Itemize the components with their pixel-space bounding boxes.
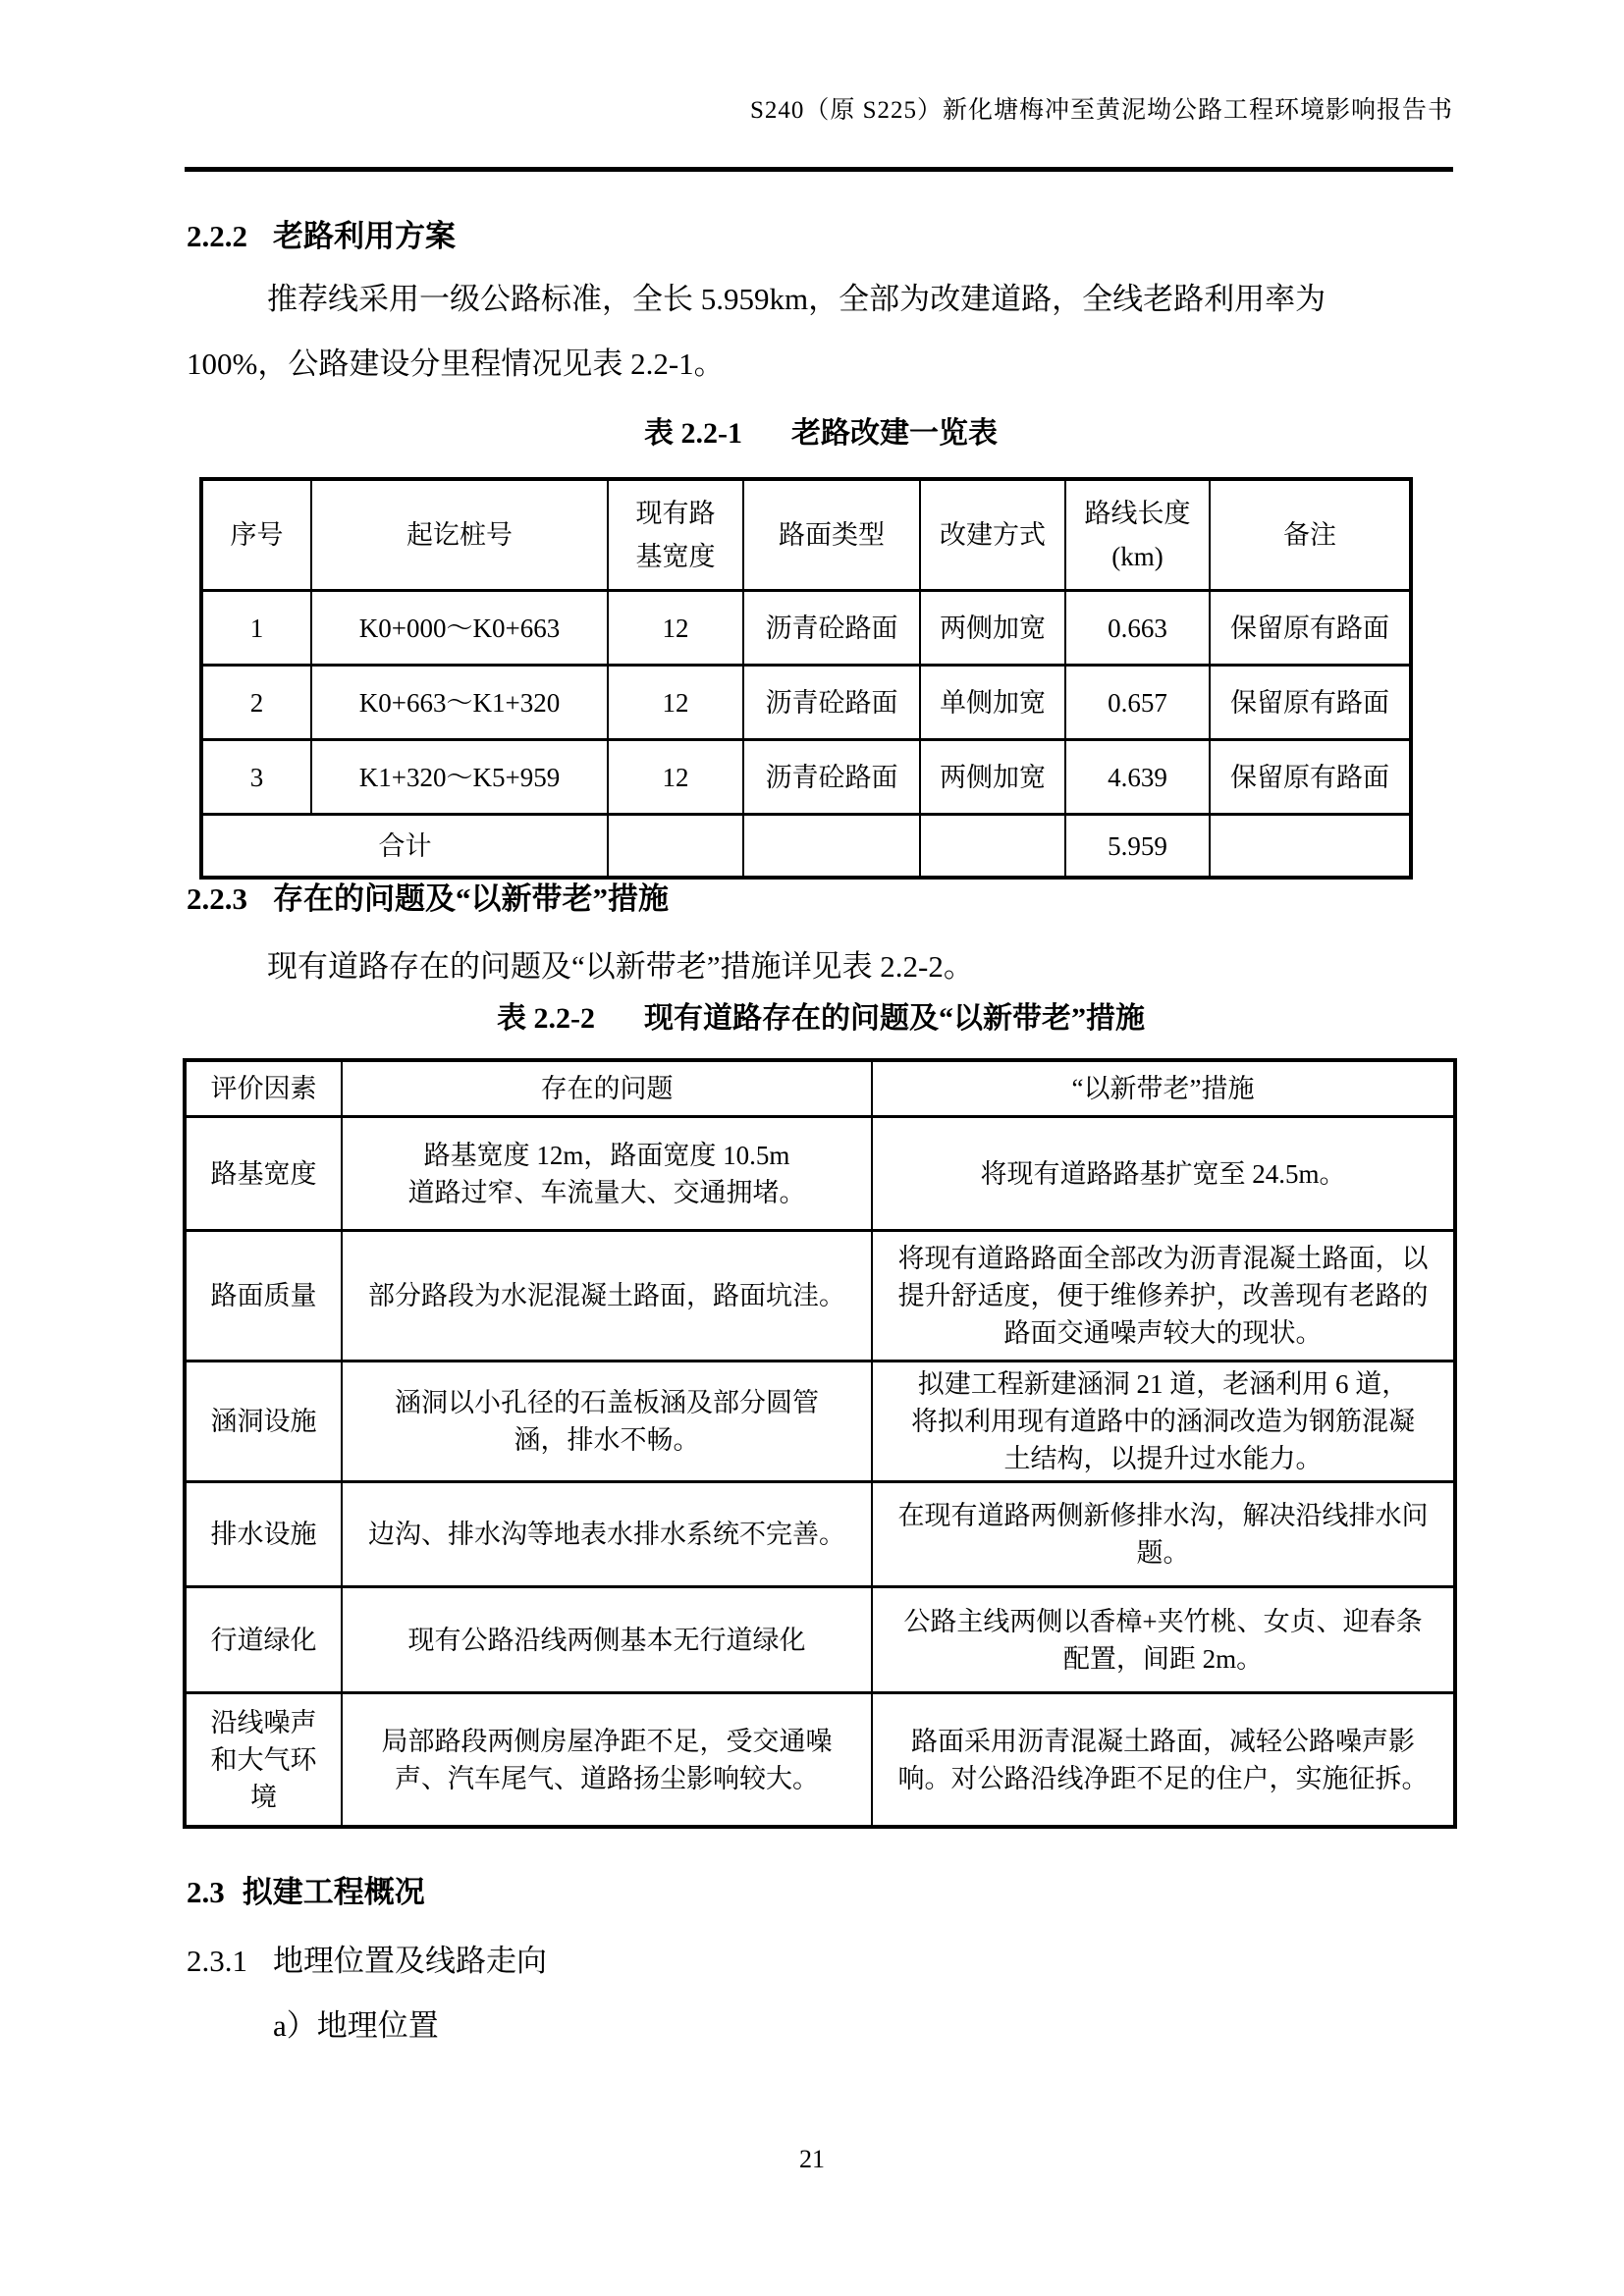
- section-title: 拟建工程概况: [243, 1875, 425, 1909]
- col-header-problem: 存在的问题: [342, 1060, 872, 1117]
- cell-problem: 路基宽度 12m，路面宽度 10.5m 道路过窄、车流量大、交通拥堵。: [342, 1117, 872, 1231]
- cell-length-km: 0.663: [1065, 591, 1210, 666]
- cell-existing-width: 12: [608, 740, 743, 815]
- cell-empty: [743, 815, 920, 879]
- col-header-measure: “以新带老”措施: [872, 1060, 1455, 1117]
- section-heading-2-3-1: 2.3.1地理位置及线路走向: [187, 1936, 547, 1980]
- paragraph-problems-intro: 现有道路存在的问题及“以新带老”措施详见表 2.2-2。: [187, 934, 1455, 999]
- cell-stake-range: K0+000～K0+663: [311, 591, 608, 666]
- cell-factor: 排水设施: [185, 1482, 342, 1587]
- section-title: 存在的问题及“以新带老”措施: [273, 881, 669, 916]
- section-title: 地理位置及线路走向: [273, 1944, 547, 1978]
- section-number: 2.2.3: [187, 881, 247, 916]
- cell-total-length: 5.959: [1065, 815, 1210, 879]
- cell-factor: 路基宽度: [185, 1117, 342, 1231]
- cell-problem: 局部路段两侧房屋净距不足，受交通噪 声、汽车尾气、道路扬尘影响较大。: [342, 1693, 872, 1828]
- cell-measure: 在现有道路两侧新修排水沟，解决沿线排水问 题。: [872, 1482, 1455, 1587]
- table-row: 2 K0+663～K1+320 12 沥青砼路面 单侧加宽 0.657 保留原有…: [201, 666, 1411, 740]
- col-header-seq: 序号: [201, 479, 311, 591]
- section-title: 老路利用方案: [273, 219, 456, 253]
- cell-problem: 边沟、排水沟等地表水排水系统不完善。: [342, 1482, 872, 1587]
- cell-note: 保留原有路面: [1210, 591, 1411, 666]
- header-rule: [185, 167, 1453, 172]
- page-number: 21: [0, 2145, 1624, 2174]
- table-row: 路基宽度 路基宽度 12m，路面宽度 10.5m 道路过窄、车流量大、交通拥堵。…: [185, 1117, 1455, 1231]
- cell-factor: 沿线噪声 和大气环 境: [185, 1693, 342, 1828]
- section-number: 2.3.1: [187, 1944, 247, 1978]
- cell-factor: 涵洞设施: [185, 1362, 342, 1482]
- table-2-2-1-caption: 表 2.2-1老路改建一览表: [187, 408, 1455, 452]
- col-header-pavement-type: 路面类型: [743, 479, 920, 591]
- table-row: 涵洞设施 涵洞以小孔径的石盖板涵及部分圆管 涵，排水不畅。 拟建工程新建涵洞 2…: [185, 1362, 1455, 1482]
- table-old-road-rebuild: 序号 起讫桩号 现有路 基宽度 路面类型 改建方式 路线长度 (km) 备注 1…: [199, 477, 1413, 880]
- cell-seq: 3: [201, 740, 311, 815]
- table-row: 路面质量 部分路段为水泥混凝土路面，路面坑洼。 将现有道路路面全部改为沥青混凝土…: [185, 1231, 1455, 1362]
- cell-pavement-type: 沥青砼路面: [743, 740, 920, 815]
- cell-stake-range: K0+663～K1+320: [311, 666, 608, 740]
- table-row: 排水设施 边沟、排水沟等地表水排水系统不完善。 在现有道路两侧新修排水沟，解决沿…: [185, 1482, 1455, 1587]
- cell-seq: 1: [201, 591, 311, 666]
- cell-pavement-type: 沥青砼路面: [743, 666, 920, 740]
- table-problems-measures: 评价因素 存在的问题 “以新带老”措施 路基宽度 路基宽度 12m，路面宽度 1…: [183, 1058, 1457, 1829]
- cell-problem: 涵洞以小孔径的石盖板涵及部分圆管 涵，排水不畅。: [342, 1362, 872, 1482]
- cell-total-label: 合计: [201, 815, 608, 879]
- section-number: 2.3: [187, 1875, 225, 1909]
- table-row: 3 K1+320～K5+959 12 沥青砼路面 两侧加宽 4.639 保留原有…: [201, 740, 1411, 815]
- cell-stake-range: K1+320～K5+959: [311, 740, 608, 815]
- cell-existing-width: 12: [608, 591, 743, 666]
- cell-seq: 2: [201, 666, 311, 740]
- table-row: 沿线噪声 和大气环 境 局部路段两侧房屋净距不足，受交通噪 声、汽车尾气、道路扬…: [185, 1693, 1455, 1828]
- list-item-a-geographic-location: a）地理位置: [273, 2001, 439, 2045]
- cell-empty: [920, 815, 1065, 879]
- table-caption-title: 现有道路存在的问题及“以新带老”措施: [644, 1002, 1145, 1035]
- section-heading-2-2-2: 2.2.2老路利用方案: [187, 211, 456, 255]
- col-header-existing-width: 现有路 基宽度: [608, 479, 743, 591]
- section-number: 2.2.2: [187, 219, 247, 253]
- cell-length-km: 4.639: [1065, 740, 1210, 815]
- document-page: S240（原 S225）新化塘梅冲至黄泥坳公路工程环境影响报告书 2.2.2老路…: [0, 0, 1624, 2296]
- table-row: 1 K0+000～K0+663 12 沥青砼路面 两侧加宽 0.663 保留原有…: [201, 591, 1411, 666]
- cell-factor: 路面质量: [185, 1231, 342, 1362]
- cell-rebuild-mode: 两侧加宽: [920, 591, 1065, 666]
- col-header-factor: 评价因素: [185, 1060, 342, 1117]
- table-caption-label: 表 2.2-1: [644, 417, 742, 450]
- cell-rebuild-mode: 单侧加宽: [920, 666, 1065, 740]
- paragraph-old-road-use: 推荐线采用一级公路标准，全长 5.959km，全部为改建道路，全线老路利用率为 …: [187, 267, 1455, 397]
- cell-factor: 行道绿化: [185, 1587, 342, 1693]
- table-total-row: 合计 5.959: [201, 815, 1411, 879]
- cell-problem: 现有公路沿线两侧基本无行道绿化: [342, 1587, 872, 1693]
- table-caption-label: 表 2.2-2: [497, 1002, 595, 1035]
- table-header-row: 序号 起讫桩号 现有路 基宽度 路面类型 改建方式 路线长度 (km) 备注: [201, 479, 1411, 591]
- section-heading-2-2-3: 2.2.3存在的问题及“以新带老”措施: [187, 874, 669, 918]
- col-header-length-km: 路线长度 (km): [1065, 479, 1210, 591]
- cell-empty: [1210, 815, 1411, 879]
- col-header-note: 备注: [1210, 479, 1411, 591]
- cell-note: 保留原有路面: [1210, 740, 1411, 815]
- cell-measure: 将现有道路路面全部改为沥青混凝土路面，以 提升舒适度，便于维修养护，改善现有老路…: [872, 1231, 1455, 1362]
- cell-existing-width: 12: [608, 666, 743, 740]
- cell-empty: [608, 815, 743, 879]
- cell-rebuild-mode: 两侧加宽: [920, 740, 1065, 815]
- table-header-row: 评价因素 存在的问题 “以新带老”措施: [185, 1060, 1455, 1117]
- cell-measure: 公路主线两侧以香樟+夹竹桃、女贞、迎春条 配置，间距 2m。: [872, 1587, 1455, 1693]
- table-row: 行道绿化 现有公路沿线两侧基本无行道绿化 公路主线两侧以香樟+夹竹桃、女贞、迎春…: [185, 1587, 1455, 1693]
- cell-measure: 路面采用沥青混凝土路面，减轻公路噪声影 响。对公路沿线净距不足的住户，实施征拆。: [872, 1693, 1455, 1828]
- table-caption-title: 老路改建一览表: [791, 417, 998, 450]
- col-header-stake-range: 起讫桩号: [311, 479, 608, 591]
- cell-measure: 拟建工程新建涵洞 21 道，老涵利用 6 道， 将拟利用现有道路中的涵洞改造为钢…: [872, 1362, 1455, 1482]
- document-header-title: S240（原 S225）新化塘梅冲至黄泥坳公路工程环境影响报告书: [187, 90, 1453, 126]
- cell-pavement-type: 沥青砼路面: [743, 591, 920, 666]
- cell-measure: 将现有道路路基扩宽至 24.5m。: [872, 1117, 1455, 1231]
- cell-length-km: 0.657: [1065, 666, 1210, 740]
- col-header-rebuild-mode: 改建方式: [920, 479, 1065, 591]
- cell-problem: 部分路段为水泥混凝土路面，路面坑洼。: [342, 1231, 872, 1362]
- section-heading-2-3: 2.3拟建工程概况: [187, 1867, 425, 1911]
- table-2-2-2-caption: 表 2.2-2现有道路存在的问题及“以新带老”措施: [187, 993, 1455, 1037]
- cell-note: 保留原有路面: [1210, 666, 1411, 740]
